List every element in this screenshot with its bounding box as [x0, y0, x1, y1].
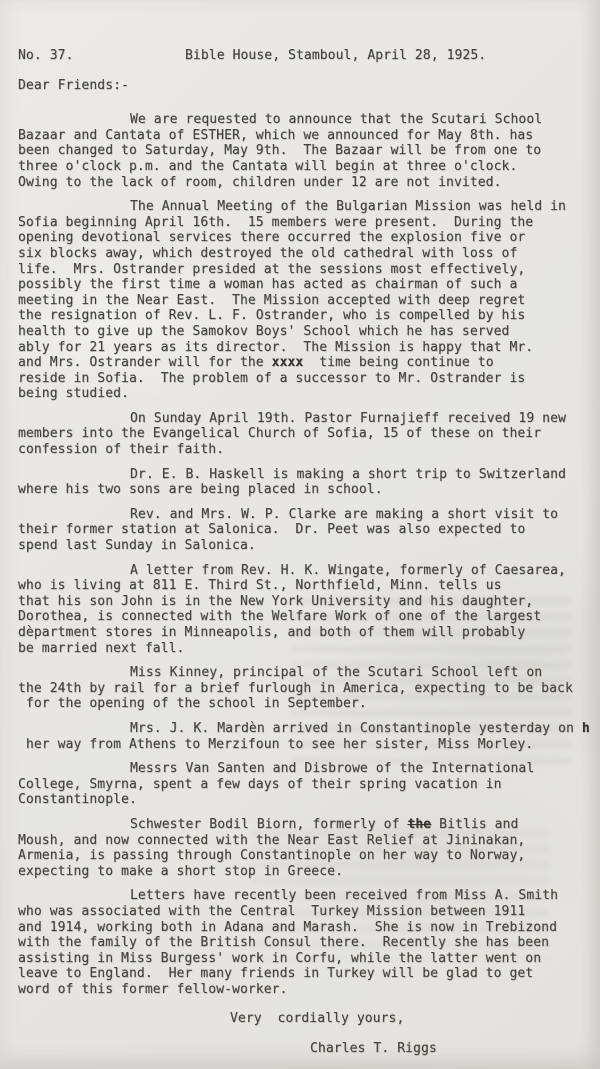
letter-line: meeting in the Near East. The Mission ac…	[18, 293, 592, 309]
signature: Charles T. Riggs	[18, 1041, 592, 1057]
letter-line: and 1914, working both in Adana and Mara…	[18, 920, 592, 936]
paragraph: Rev. and Mrs. W. P. Clarke are making a …	[18, 507, 592, 554]
letter-line: Letters have recently been received from…	[18, 888, 592, 904]
letter-line: dèpartment stores in Minneapolis, and bo…	[18, 625, 592, 641]
letter-line: who is living at 811 E. Third St., North…	[18, 578, 592, 594]
letter-line: Constantinople.	[18, 792, 592, 808]
letter-line: The Annual Meeting of the Bulgarian Miss…	[18, 199, 592, 215]
letter-line: be married next fall.	[18, 641, 592, 657]
letter-line: for the opening of the school in Septemb…	[18, 696, 592, 712]
letter-line: three o'clock p.m. and the Cantata will …	[18, 159, 592, 175]
letter-line: ably for 21 years as its director. The M…	[18, 340, 592, 356]
letter-line: the resignation of Rev. L. F. Ostrander,…	[18, 308, 592, 324]
letter-line: six blocks away, which destroyed the old…	[18, 246, 592, 262]
letter-line: Rev. and Mrs. W. P. Clarke are making a …	[18, 507, 592, 523]
letter-line: Dorothea, is connected with the Welfare …	[18, 609, 592, 625]
letter-line: Moush, and now connected with the Near E…	[18, 833, 592, 849]
letter-line: assisting in Miss Burgess' work in Corfu…	[18, 951, 592, 967]
paragraph: A letter from Rev. H. K. Wingate, former…	[18, 563, 592, 657]
letter-line: College, Smyrna, spent a few days of the…	[18, 777, 592, 793]
letter-line: being studied.	[18, 386, 592, 402]
struck-out-word: the	[407, 817, 431, 832]
letter-line: spend last Sunday in Salonica.	[18, 538, 592, 554]
paragraph: Letters have recently been received from…	[18, 888, 592, 997]
letter-line: confession of their faith.	[18, 442, 592, 458]
letter-line: Schwester Bodil Biorn, formerly of the B…	[18, 817, 592, 833]
paragraph: Dr. E. B. Haskell is making a short trip…	[18, 467, 592, 498]
salutation: Dear Friends:-	[18, 78, 592, 94]
overstruck-word: h	[582, 721, 590, 736]
letter-line: members into the Evangelical Church of S…	[18, 426, 592, 442]
letter-line: and Mrs. Ostrander will for the xxxx tim…	[18, 355, 592, 371]
paragraph: Schwester Bodil Biorn, formerly of the B…	[18, 817, 592, 879]
letter-line: Sofia beginning April 16th. 15 members w…	[18, 215, 592, 231]
letter-line: their former station at Salonica. Dr. Pe…	[18, 522, 592, 538]
letter-line: We are requested to announce that the Sc…	[18, 112, 592, 128]
letter-line: who was associated with the Central Turk…	[18, 904, 592, 920]
paragraph: On Sunday April 19th. Pastor Furnajieff …	[18, 411, 592, 458]
letter-line: possibly the first time a woman has acte…	[18, 277, 592, 293]
letter-line: health to give up the Samokov Boys' Scho…	[18, 324, 592, 340]
paragraph: Messrs Van Santen and Disbrowe of the In…	[18, 761, 592, 808]
letter-line: her way from Athens to Merzifoun to see …	[18, 737, 592, 753]
letter-line: that his son John is in the New York Uni…	[18, 594, 592, 610]
paragraph: The Annual Meeting of the Bulgarian Miss…	[18, 199, 592, 402]
letter-line: On Sunday April 19th. Pastor Furnajieff …	[18, 411, 592, 427]
paragraph: Mrs. J. K. Mardèn arrived in Constantino…	[18, 721, 592, 752]
letter-number: No. 37.	[18, 48, 185, 64]
letter-line: Messrs Van Santen and Disbrowe of the In…	[18, 761, 592, 777]
letter-line: expecting to make a short stop in Greece…	[18, 864, 592, 880]
letter-line: reside in Sofia. The problem of a succes…	[18, 371, 592, 387]
letter-line: opening devotional services there occurr…	[18, 230, 592, 246]
letter-header: No. 37. Bible House, Stamboul, April 28,…	[18, 48, 592, 64]
letter-line: A letter from Rev. H. K. Wingate, former…	[18, 563, 592, 579]
paragraph: We are requested to announce that the Sc…	[18, 112, 592, 190]
letter-line: the 24th by rail for a brief furlough in…	[18, 681, 592, 697]
letter-line: Miss Kinney, principal of the Scutari Sc…	[18, 665, 592, 681]
letter-line: Bazaar and Cantata of ESTHER, which we a…	[18, 128, 592, 144]
closing: Very cordially yours,	[18, 1011, 592, 1027]
letter-line: leave to England. Her many friends in Tu…	[18, 966, 592, 982]
letter-line: with the family of the British Consul th…	[18, 935, 592, 951]
letter-line: Armenia, is passing through Constantinop…	[18, 848, 592, 864]
letter-line: Mrs. J. K. Mardèn arrived in Constantino…	[18, 721, 592, 737]
dateline: Bible House, Stamboul, April 28, 1925.	[185, 48, 486, 64]
letter-line: life. Mrs. Ostrander presided at the ses…	[18, 262, 592, 278]
paragraph: Miss Kinney, principal of the Scutari Sc…	[18, 665, 592, 712]
letter-body: We are requested to announce that the Sc…	[18, 112, 592, 997]
letter-page: No. 37. Bible House, Stamboul, April 28,…	[0, 0, 600, 1069]
letter-line: where his two sons are being placed in s…	[18, 482, 592, 498]
letter-line: Dr. E. B. Haskell is making a short trip…	[18, 467, 592, 483]
letter-line: word of this former fellow-worker.	[18, 982, 592, 998]
letter-line: Owing to the lack of room, children unde…	[18, 175, 592, 191]
letter-line: been changed to Saturday, May 9th. The B…	[18, 143, 592, 159]
overstruck-word: xxxx	[272, 355, 304, 370]
